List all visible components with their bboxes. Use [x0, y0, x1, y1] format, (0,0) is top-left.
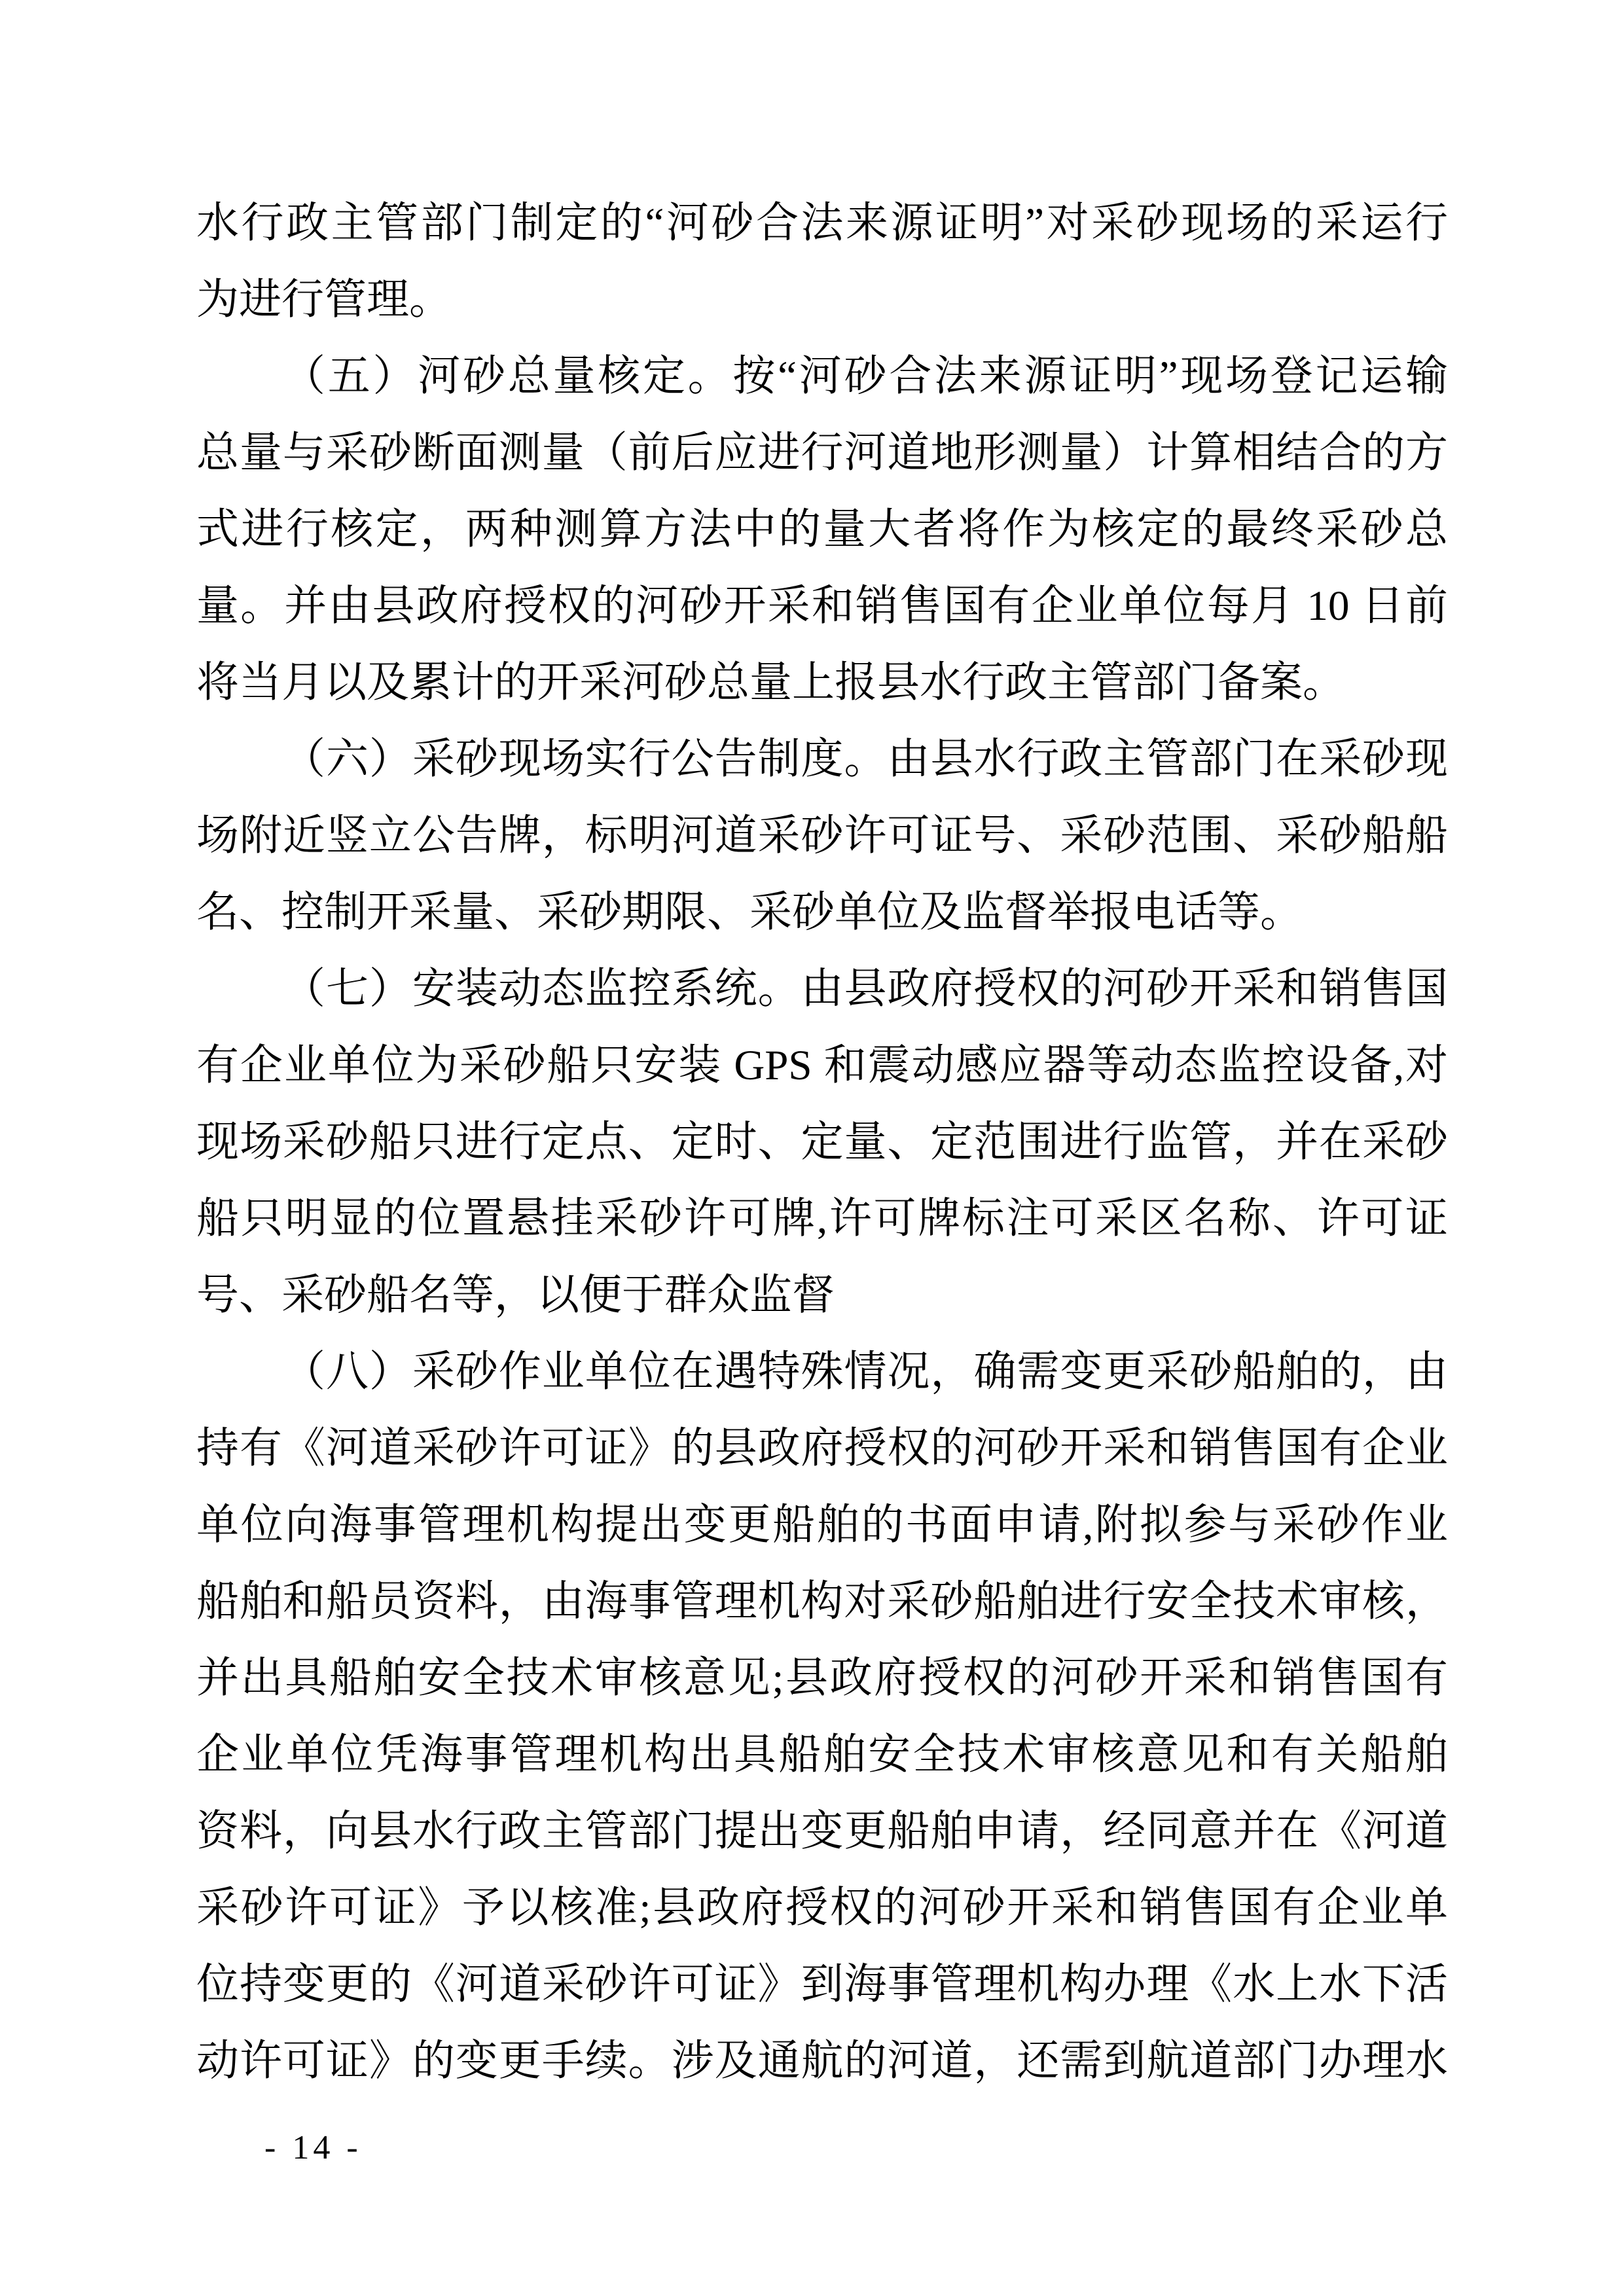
text-line: 总量与采砂断面测量（前后应进行河道地形测量）计算相结合的方 [196, 415, 1448, 492]
text-line: 为进行管理。 [196, 262, 1448, 338]
page-number: - 14 - [264, 2128, 362, 2168]
text-line: 位持变更的《河道采砂许可证》到海事管理机构办理《水上水下活 [196, 1946, 1448, 2023]
text-line: 动许可证》的变更手续。涉及通航的河道，还需到航道部门办理水 [196, 2023, 1448, 2100]
text-line: （六）采砂现场实行公告制度。由县水行政主管部门在采砂现 [196, 721, 1448, 798]
document-body: 水行政主管部门制定的“河砂合法来源证明”对采砂现场的采运行 为进行管理。 （五）… [196, 185, 1448, 2100]
text-line: （五）河砂总量核定。按“河砂合法来源证明”现场登记运输 [196, 338, 1448, 415]
text-line: 现场采砂船只进行定点、定时、定量、定范围进行监管，并在采砂 [196, 1104, 1448, 1181]
text-line: 水行政主管部门制定的“河砂合法来源证明”对采砂现场的采运行 [196, 185, 1448, 262]
text-line: 船舶和船员资料，由海事管理机构对采砂船舶进行安全技术审核， [196, 1564, 1448, 1640]
text-line: （七）安装动态监控系统。由县政府授权的河砂开采和销售国 [196, 951, 1448, 1028]
text-line: 资料，向县水行政主管部门提出变更船舶申请，经同意并在《河道 [196, 1793, 1448, 1870]
text-line: 场附近竖立公告牌，标明河道采砂许可证号、采砂范围、采砂船船 [196, 798, 1448, 874]
text-line: 式进行核定，两种测算方法中的量大者将作为核定的最终采砂总 [196, 492, 1448, 568]
text-line: （八）采砂作业单位在遇特殊情况，确需变更采砂船舶的，由 [196, 1334, 1448, 1410]
text-line: 企业单位凭海事管理机构出具船舶安全技术审核意见和有关船舶 [196, 1717, 1448, 1793]
document-page: 水行政主管部门制定的“河砂合法来源证明”对采砂现场的采运行 为进行管理。 （五）… [0, 0, 1624, 2296]
text-line: 持有《河道采砂许可证》的县政府授权的河砂开采和销售国有企业 [196, 1410, 1448, 1487]
text-line: 采砂许可证》予以核准;县政府授权的河砂开采和销售国有企业单 [196, 1870, 1448, 1946]
text-line: 量。并由县政府授权的河砂开采和销售国有企业单位每月 10 日前 [196, 568, 1448, 645]
text-line: 将当月以及累计的开采河砂总量上报县水行政主管部门备案。 [196, 645, 1448, 721]
text-line: 单位向海事管理机构提出变更船舶的书面申请,附拟参与采砂作业 [196, 1487, 1448, 1564]
text-line: 有企业单位为采砂船只安装 GPS 和震动感应器等动态监控设备,对 [196, 1028, 1448, 1104]
text-line: 名、控制开采量、采砂期限、采砂单位及监督举报电话等。 [196, 874, 1448, 951]
text-line: 并出具船舶安全技术审核意见;县政府授权的河砂开采和销售国有 [196, 1640, 1448, 1717]
text-line: 号、采砂船名等，以便于群众监督 [196, 1257, 1448, 1334]
text-line: 船只明显的位置悬挂采砂许可牌,许可牌标注可采区名称、许可证 [196, 1181, 1448, 1257]
